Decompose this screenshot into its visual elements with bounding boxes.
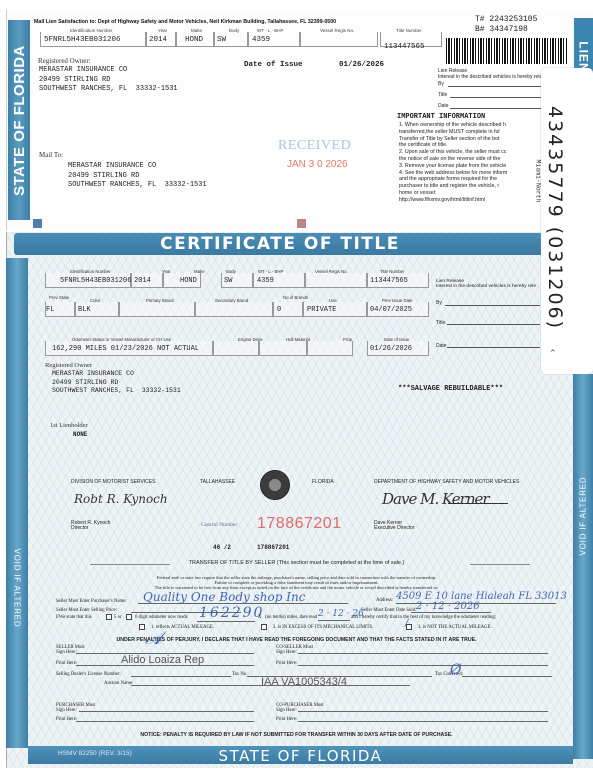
coseller-print-line[interactable] xyxy=(298,665,548,666)
hull-material-box xyxy=(259,341,307,356)
important-info-title: IMPORTANT INFORMATION xyxy=(397,113,485,121)
prop-label: Prop xyxy=(343,337,352,342)
wt-value: 4359 xyxy=(257,277,274,285)
mail-lien-instructions: Mail Lien Satisfaction to: Dept of Highw… xyxy=(34,19,336,25)
top-body-label: Body xyxy=(229,28,239,33)
prev-issue-date-label: Prev Issue Date xyxy=(382,298,413,303)
top-body-value: SW xyxy=(217,36,226,44)
state-label: FLORIDA xyxy=(312,479,334,485)
department-label: DEPARTMENT OF HIGHWAY SAFETY AND MOTOR V… xyxy=(374,479,519,485)
brand-note: ***SALVAGE REBUILDABLE*** xyxy=(398,385,503,393)
year-value: 2014 xyxy=(134,277,151,285)
control-number-label: Control Number xyxy=(201,522,237,528)
tax-collected-value[interactable]: Ø xyxy=(450,662,461,678)
certificate-title: CERTIFICATE OF TITLE xyxy=(14,234,546,254)
registration-mark xyxy=(33,219,42,228)
secondary-brand-label: Secondary Brand xyxy=(215,298,248,303)
top-wt-label: WT - L - BHP xyxy=(257,28,284,33)
auction-name-label: Auction Name: xyxy=(104,681,133,686)
option-excess-limits-label: 2. is IN EXCESS OF ITS MECHANICAL LIMITS… xyxy=(273,625,373,630)
use-label: Use xyxy=(329,298,337,303)
odometer-value: 162,290 MILES 01/23/2026 NOT ACTUAL xyxy=(52,345,199,353)
top-title-label: Title Number xyxy=(396,28,422,33)
prev-state-value: FL xyxy=(46,306,54,314)
date-sold-label: Seller Must Enter Date Sold: xyxy=(361,608,416,613)
batch-number: 46 /2 xyxy=(213,544,231,551)
purchaser-sign-line[interactable] xyxy=(79,711,254,712)
received-stamp-date: JAN 3 0 2026 xyxy=(287,159,348,170)
control-number-small: 178867201 xyxy=(257,544,289,551)
odometer-reading-value[interactable]: 162290 xyxy=(199,605,264,621)
primary-brand-box xyxy=(119,302,195,317)
penalty-notice: NOTICE: PENALTY IS REQUIRED BY LAW IF NO… xyxy=(0,732,593,738)
body-label: Body xyxy=(226,269,236,274)
lien-date-line[interactable] xyxy=(447,347,540,348)
color-label: Color xyxy=(90,298,100,303)
seller-signature: 𝒜 xyxy=(145,628,162,649)
registration-mark xyxy=(297,219,306,228)
top-lien-date-label: Date xyxy=(438,103,449,110)
top-lien-title-label: Title xyxy=(438,92,447,99)
lien-release-text: Interest in the described vehicles is he… xyxy=(436,283,536,290)
odometer-reading-boxes[interactable] xyxy=(197,621,255,622)
lien-sticker: 43435779 (031206) Miami-North ⌃ xyxy=(541,68,593,374)
registered-owner: MERASTAR INSURANCE CO 20499 STIRLING RD … xyxy=(52,370,181,396)
important-info-line: 1. When ownership of the vehicle describ… xyxy=(399,122,559,129)
purchaser-name-label: Seller Must Enter Purchaser's Name: xyxy=(56,599,127,604)
top-lien-by-label: By xyxy=(438,81,444,88)
right-void-banner: VOID IF ALTERED xyxy=(573,374,593,759)
lien-by-label: By xyxy=(436,300,442,307)
title-number-label: Title Number xyxy=(380,269,404,274)
top-title-value: 113447565 xyxy=(384,43,425,51)
auction-value[interactable]: IAA VA1005343/4 xyxy=(261,676,347,688)
right-void-text: VOID IF ALTERED xyxy=(579,477,588,556)
important-info-line: transferred,the seller MUST complete in … xyxy=(399,129,559,136)
top-vessel-box xyxy=(300,32,378,47)
coseller-print-label: Print Here: xyxy=(276,661,297,666)
date-of-issue-label: Date of Issue xyxy=(384,337,409,342)
odometer-statement-a: I/We state that this xyxy=(56,615,92,620)
five-digit-checkbox[interactable] xyxy=(106,614,112,620)
prev-state-label: Prev State xyxy=(49,295,63,300)
vessel-box xyxy=(305,273,367,288)
make-value: HOND xyxy=(180,277,197,285)
sticker-office: Miami-North xyxy=(535,160,542,203)
no-of-brands-value: 0 xyxy=(277,306,281,314)
top-vin-value: 5FNRL5H43EB031206 xyxy=(44,36,121,44)
lien-date-label: Date xyxy=(436,343,447,350)
prev-issue-date-value: 04/07/2025 xyxy=(370,306,412,314)
top-registered-owner-label: Registered Owner: xyxy=(38,57,91,65)
lien-title-line[interactable] xyxy=(447,324,540,325)
primary-brand-label: Primary Brand xyxy=(146,298,173,303)
florida-seal-icon xyxy=(260,470,290,500)
footer-banner: HSMV 82250 (REV. 3/15) STATE OF FLORIDA xyxy=(28,746,573,764)
vin-label: Identification Number xyxy=(70,269,111,274)
tax-collected-line[interactable] xyxy=(462,676,552,677)
division-label: DIVISION OF MOTORIST SERVICES xyxy=(71,479,155,485)
date-sold-value[interactable]: 2 · 12 · 2026 xyxy=(416,601,480,612)
left-void-banner: VOID IF ALTERED xyxy=(6,258,28,748)
seller-print-value[interactable]: Alido Loaiza Rep xyxy=(121,654,204,666)
odometer-label: Odometer Status or Vessel Manufacturer o… xyxy=(72,337,171,342)
date-read-line[interactable] xyxy=(318,620,350,621)
top-make-label: Make xyxy=(191,28,202,33)
signature-stroke xyxy=(448,503,508,504)
certificate-header-banner: CERTIFICATE OF TITLE xyxy=(14,233,546,255)
lien-by-line[interactable] xyxy=(445,305,540,306)
purchaser-name-value[interactable]: Quality One Body shop Inc xyxy=(143,590,305,604)
received-stamp: RECEIVED xyxy=(278,138,351,154)
purchaser-print-label: Print Here: xyxy=(56,717,77,722)
option-not-actual-label: 3. is NOT THE ACTUAL MILEAGE. xyxy=(418,625,492,630)
staple-mark-icon: ⌃ xyxy=(549,348,557,359)
top-date-of-issue: 01/26/2026 xyxy=(339,61,384,69)
option-excess-limits-checkbox[interactable] xyxy=(261,624,267,630)
control-number: 178867201 xyxy=(257,515,342,533)
top-wt-value: 4359 xyxy=(252,36,270,44)
important-info-line: the certificate of title. xyxy=(399,142,559,149)
top-vessel-label: Vessel Regis No. xyxy=(320,28,354,33)
executive-title: Executive Director xyxy=(374,525,415,531)
odometer-statement-b: 5 or xyxy=(114,615,122,620)
barcode xyxy=(446,38,568,64)
engine-drive-box xyxy=(213,341,259,356)
make-label: Make xyxy=(194,269,205,274)
date-of-issue-value: 01/26/2026 xyxy=(370,345,412,353)
top-registered-owner: MERASTAR INSURANCE CO 20499 STIRLING RD … xyxy=(39,66,178,95)
copurchaser-sign-line[interactable] xyxy=(298,711,548,712)
tracking-t-number: T# 2243253105 xyxy=(475,15,537,24)
prop-box xyxy=(307,341,353,356)
date-sold-line[interactable] xyxy=(411,612,491,613)
odometer-statement-e: and I hereby certify that to the best of… xyxy=(351,615,496,620)
lienholder-value: NONE xyxy=(73,431,87,438)
six-digit-checkbox[interactable] xyxy=(126,614,132,620)
odometer-statement-d: (no tenths) miles, date read xyxy=(265,615,317,620)
footer-state-label: STATE OF FLORIDA xyxy=(28,747,573,765)
city-label: TALLAHASSEE xyxy=(200,479,235,485)
top-lien-release-text: Interest in the described vehicles is he… xyxy=(438,74,553,81)
top-vin-label: Identification Number xyxy=(70,28,113,33)
registered-owner-label: Registered Owner xyxy=(45,362,92,369)
copurchaser-print-line[interactable] xyxy=(298,721,548,722)
top-year-label: Year xyxy=(158,28,167,33)
odometer-statement-c: 6 digit odometer now reads xyxy=(135,615,188,620)
color-value: BLK xyxy=(78,306,91,314)
secondary-brand-box xyxy=(195,302,273,317)
perjury-statement: UNDER PENALTIES OF PERJURY, I DECLARE TH… xyxy=(0,637,593,643)
dealer-license-line[interactable] xyxy=(131,676,231,677)
mail-to-address: MERASTAR INSURANCE CO 20499 STIRLING RD … xyxy=(68,162,207,191)
director-title: Director xyxy=(71,525,89,531)
state-of-florida-banner: STATE OF FLORIDA xyxy=(8,20,30,220)
vin-value: 5FNRL5H43EB031206 xyxy=(60,277,131,285)
selling-price-label: Seller Must Enter Selling Price: xyxy=(56,608,117,613)
auction-name-line[interactable] xyxy=(131,685,261,686)
use-value: PRIVATE xyxy=(307,306,336,314)
state-of-florida-banner-text: STATE OF FLORIDA xyxy=(11,45,28,196)
important-info-line: 2. Upon sale of this vehicle, the seller… xyxy=(399,149,559,156)
executive-signature: Dave M. Kerner xyxy=(382,490,489,508)
wt-label: WT - L - BHP xyxy=(258,269,283,274)
top-year-value: 2014 xyxy=(149,36,167,44)
mail-to-label: Mail To: xyxy=(39,151,63,159)
no-of-brands-label: No of Brands xyxy=(283,295,301,300)
top-date-of-issue-label: Date of Issue xyxy=(244,61,303,69)
lien-title-label: Title xyxy=(436,320,445,327)
copurchaser-print-label: Print Here: xyxy=(276,717,297,722)
transfer-title: TRANSFER OF TITLE BY SELLER (This sectio… xyxy=(0,560,593,566)
seller-print-label: Print Here: xyxy=(56,661,77,666)
purchaser-print-line[interactable] xyxy=(76,721,254,722)
top-make-value: HOND xyxy=(185,36,203,44)
coseller-sign-line[interactable] xyxy=(298,653,548,654)
body-value: SW xyxy=(224,277,232,285)
lienholder-label: 1st Lienholder xyxy=(50,422,88,429)
director-signature: Robt R. Kynoch xyxy=(74,492,168,506)
important-info-line: Transfer of Title by Seller section of t… xyxy=(399,136,559,143)
title-number-value: 113447565 xyxy=(370,277,408,285)
address-label: Address: xyxy=(376,598,393,603)
sticker-number: 43435779 (031206) xyxy=(544,106,566,330)
vessel-label: Vessel Regis No. xyxy=(315,269,348,274)
dealer-license-label: Selling Dealer's License Number: xyxy=(56,672,121,677)
tracking-b-number: B# 34347198 xyxy=(475,25,528,34)
tenths-value: X xyxy=(258,615,261,620)
option-not-actual-check-mark-icon: / xyxy=(405,618,408,629)
